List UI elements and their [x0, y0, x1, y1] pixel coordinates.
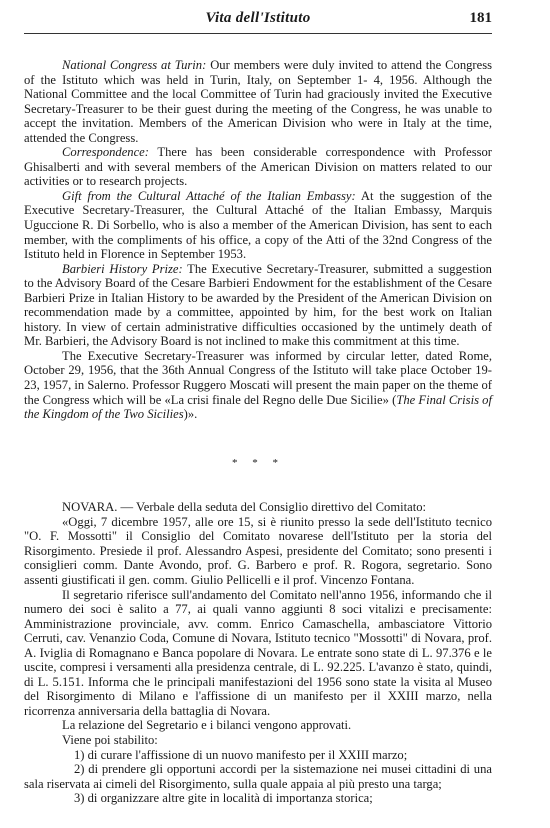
heading-national-congress: National Congress at Turin: — [62, 58, 206, 72]
novara-paragraph: Viene poi stabilito: — [24, 733, 492, 748]
novara-paragraph: «Oggi, 7 dicembre 1957, alle ore 15, si … — [24, 515, 492, 588]
page-number: 181 — [470, 10, 493, 27]
resolution-item: 2) di prendere gli opportuni accordi per… — [24, 762, 492, 791]
heading-barbieri-prize: Barbieri History Prize: — [62, 262, 183, 276]
resolution-item: 1) di curare l'affissione di un nuovo ma… — [24, 748, 492, 763]
heading-novara: NOVARA. — Verbale della seduta del Consi… — [24, 500, 492, 515]
running-title: Vita dell'Istituto — [24, 10, 492, 27]
novara-paragraph: La relazione del Segretario e i bilanci … — [24, 718, 492, 733]
novara-paragraph: Il segretario riferisce sull'andamento d… — [24, 588, 492, 719]
heading-correspondence: Correspondence: — [62, 145, 149, 159]
paragraph-circular-letter: The Executive Secretary-Treasurer was in… — [24, 349, 492, 422]
header-rule — [24, 33, 492, 34]
page-header: Vita dell'Istituto 181 — [24, 10, 492, 32]
paragraph-text: )». — [184, 407, 198, 421]
page-body: National Congress at Turin: Our members … — [24, 58, 492, 806]
section-separator: * * * — [24, 456, 492, 471]
paragraph-national-congress: National Congress at Turin: Our members … — [24, 58, 492, 145]
resolution-item: 3) di organizzare altre gite in località… — [24, 791, 492, 806]
paragraph-correspondence: Correspondence: There has been considera… — [24, 145, 492, 189]
heading-gift: Gift from the Cultural Attaché of the It… — [62, 189, 356, 203]
paragraph-barbieri-prize: Barbieri History Prize: The Executive Se… — [24, 262, 492, 349]
paragraph-gift: Gift from the Cultural Attaché of the It… — [24, 189, 492, 262]
